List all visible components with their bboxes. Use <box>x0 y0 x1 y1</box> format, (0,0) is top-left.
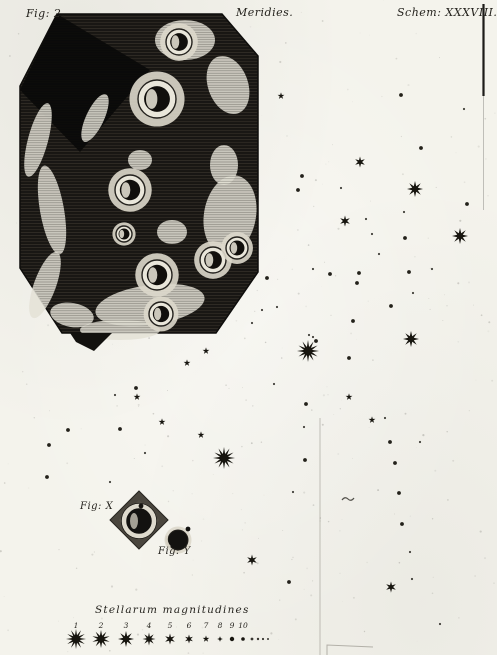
magnitude-dot <box>251 638 254 641</box>
star-glyph <box>412 292 414 294</box>
magnitude-legend-title: Stellarum magnitudines <box>95 604 250 616</box>
magnitude-star <box>241 637 245 641</box>
star-glyph <box>273 383 275 385</box>
star-glyph <box>371 233 373 235</box>
star-glyph <box>465 202 469 206</box>
star-glyph <box>308 334 310 336</box>
magnitude-number: 4 <box>146 621 152 630</box>
star-glyph <box>109 481 111 483</box>
crater <box>108 168 152 212</box>
star-glyph <box>312 336 314 338</box>
star-glyph <box>276 306 278 308</box>
star-glyph <box>399 93 403 97</box>
magnitude-number: 3 <box>124 621 129 630</box>
crater <box>112 222 135 245</box>
star-glyph <box>45 475 49 479</box>
star-glyph <box>351 319 355 323</box>
star-glyph <box>407 270 411 274</box>
schema-number-label: Schem: XXXVIII. <box>397 6 497 19</box>
star-glyph <box>407 181 423 197</box>
star-glyph <box>134 386 138 390</box>
star-glyph <box>384 417 386 419</box>
star-glyph <box>340 187 342 189</box>
star-glyph <box>47 443 51 447</box>
crater <box>160 23 198 61</box>
star-glyph <box>312 268 314 270</box>
magnitude-number: 2 <box>98 621 104 630</box>
star-glyph <box>355 157 365 168</box>
star-glyph <box>314 339 318 343</box>
meridies-label: Meridies. <box>236 6 293 19</box>
star-glyph <box>355 281 359 285</box>
magnitude-star <box>203 636 210 642</box>
star-glyph <box>247 555 257 566</box>
moon-figure <box>19 14 263 351</box>
star-glyph <box>403 211 405 213</box>
star-glyph <box>419 146 423 150</box>
star-glyph <box>378 253 380 255</box>
star-glyph <box>303 458 307 462</box>
star-glyph <box>411 578 413 580</box>
star-glyph <box>389 304 393 308</box>
magnitude-dot <box>267 638 269 640</box>
star-glyph <box>386 582 396 593</box>
star-glyph <box>393 461 397 465</box>
star-glyph <box>144 452 146 454</box>
crater <box>129 71 184 126</box>
star-glyph <box>439 623 441 625</box>
star-glyph <box>400 522 404 526</box>
magnitude-number: 10 <box>238 621 248 630</box>
star-glyph <box>431 268 433 270</box>
plate-marks <box>320 4 484 655</box>
star-glyph <box>347 356 351 360</box>
star-glyph <box>296 188 300 192</box>
star-glyph <box>369 416 376 423</box>
star-glyph <box>388 440 392 444</box>
magnitude-star <box>165 634 175 645</box>
star-glyph <box>340 216 350 227</box>
magnitude-number: 6 <box>187 621 192 630</box>
star-glyph <box>328 272 332 276</box>
magnitude-star <box>185 635 193 644</box>
star-glyph <box>118 427 122 431</box>
star-glyph <box>278 92 285 99</box>
star-glyph <box>292 491 294 493</box>
star-glyph <box>365 218 367 220</box>
star-glyph <box>184 359 191 366</box>
fig-y-label: Fig: Y <box>158 546 191 557</box>
star-glyph <box>265 276 269 280</box>
magnitude-star <box>230 637 234 641</box>
magnitude-number: 5 <box>168 621 173 630</box>
star-glyph <box>346 393 353 400</box>
star-glyph <box>304 402 308 406</box>
magnitude-number: 9 <box>230 621 235 630</box>
fig-x-figure <box>110 491 168 549</box>
fig-x-label: Fig: X <box>80 501 113 512</box>
star-glyph <box>114 394 116 396</box>
star-glyph <box>357 271 361 275</box>
star-glyph <box>251 322 253 324</box>
star-glyph <box>409 551 411 553</box>
magnitude-legend-symbols: 12345678910 <box>66 621 269 649</box>
star-glyph <box>419 441 421 443</box>
star-glyph <box>452 228 468 244</box>
star-glyph <box>303 426 305 428</box>
crater <box>221 232 253 264</box>
figure-2-label: Fig: 2. <box>26 7 65 20</box>
crater <box>144 297 179 332</box>
star-glyph <box>261 309 263 311</box>
star-glyph <box>403 236 407 240</box>
star-glyph <box>300 174 304 178</box>
magnitude-dot <box>257 638 259 640</box>
star-glyph <box>397 491 401 495</box>
magnitude-dot <box>262 638 264 640</box>
magnitude-number: 7 <box>204 621 209 630</box>
magnitude-star <box>143 633 156 646</box>
magnitude-star <box>217 636 223 642</box>
star-glyph <box>159 418 166 425</box>
star-glyph <box>203 347 210 354</box>
star-glyph <box>198 431 205 438</box>
scanned-plate: 12345678910 Fig: 2. Meridies. Schem: XXX… <box>0 0 497 655</box>
star-glyph <box>134 393 141 400</box>
star-glyph <box>463 108 465 110</box>
star-glyph <box>403 331 419 347</box>
magnitude-number: 8 <box>218 621 223 630</box>
plate-engraving: 12345678910 <box>0 0 497 655</box>
star-glyph <box>66 428 70 432</box>
magnitude-number: 1 <box>74 621 79 630</box>
star-glyph <box>287 580 291 584</box>
crater <box>135 253 179 297</box>
